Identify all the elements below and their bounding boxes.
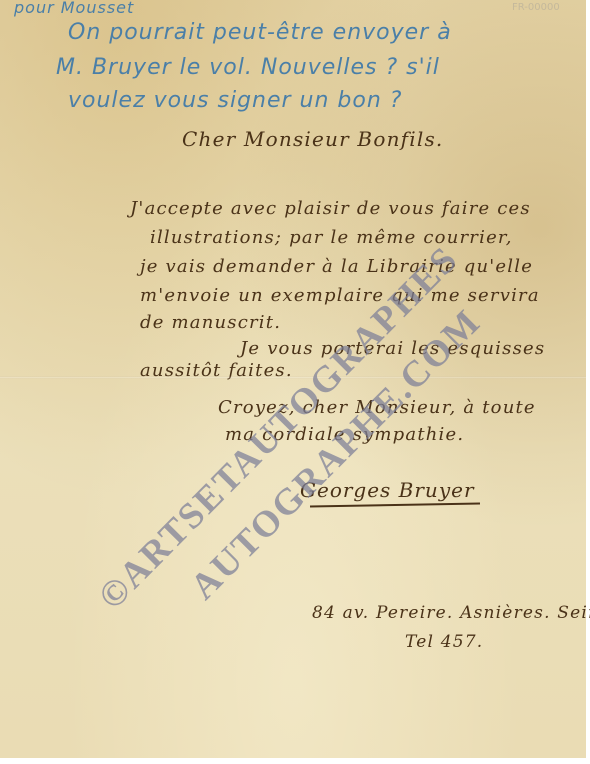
annotation-line-2: M. Bruyer le vol. Nouvelles ? s'il bbox=[56, 55, 440, 80]
fold-crease bbox=[0, 376, 586, 379]
body-line-5: de manuscrit. bbox=[140, 312, 281, 333]
archive-number: FR-00000 bbox=[512, 2, 560, 13]
body-line-3: je vais demander à la Librairie qu'elle bbox=[140, 256, 533, 277]
body-line-1: J'accepte avec plaisir de vous faire ces bbox=[130, 198, 531, 219]
annotation-header: pour Mousset bbox=[14, 0, 134, 17]
annotation-line-3: voulez vous signer un bon ? bbox=[68, 88, 402, 113]
signature-flourish bbox=[310, 503, 480, 508]
body-line-2: illustrations; par le même courrier, bbox=[150, 227, 513, 248]
body-line-4: m'envoie un exemplaire qui me servira bbox=[140, 285, 540, 306]
address-street: 84 av. Pereire. Asnières. Seine. bbox=[312, 603, 590, 623]
letter-page: FR-00000 pour Mousset On pourrait peut-ê… bbox=[0, 0, 586, 758]
annotation-line-1: On pourrait peut-être envoyer à bbox=[68, 20, 452, 45]
salutation: Cher Monsieur Bonfils. bbox=[182, 127, 443, 151]
address-phone: Tel 457. bbox=[405, 632, 483, 652]
